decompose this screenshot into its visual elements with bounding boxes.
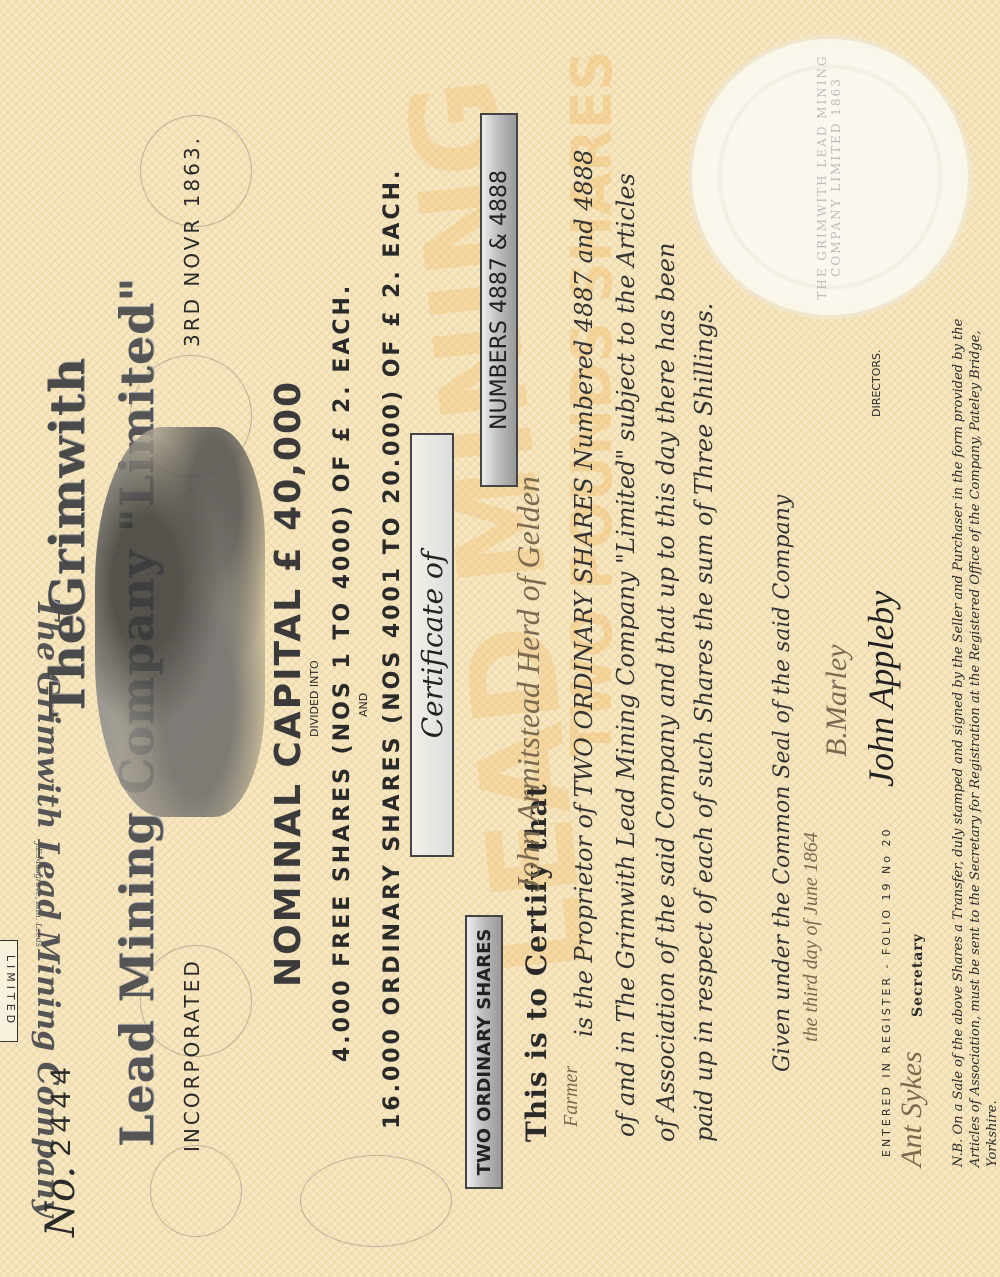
free-shares-line: 4.000 FREE SHARES (NOS 1 TO 4000) OF £ 2…: [330, 283, 355, 1062]
director-signature-1: B.Marley: [820, 645, 854, 757]
ribbon-certificate-of: Certificate of: [410, 433, 454, 857]
title-company-name: Grimwith: [40, 357, 96, 617]
body-line-2: is the Proprietor of TWO ORDINARY SHARES…: [570, 150, 598, 1037]
secretary-label: Secretary: [910, 933, 926, 1017]
printer-credit: J.E.Musgrave, Lith. Leeds: [34, 843, 43, 947]
border-band: The Grimwith Lead Mining Company LIMITED: [0, 0, 30, 1277]
directors-label: DIRECTORS.: [870, 350, 883, 418]
incorporated-date: 3RD NOVR 1863.: [180, 135, 204, 347]
mine-engraving-image: [95, 427, 265, 817]
transfer-note: N.B. On a Sale of the above Shares a Tra…: [950, 287, 1000, 1167]
certificate-number-label: No.: [38, 1166, 84, 1237]
certificate-number: 2444: [46, 1061, 80, 1157]
title-the: The: [40, 613, 96, 717]
holder-name: John Armitstead Herd of Gelden: [510, 476, 547, 892]
and-label: AND: [357, 693, 370, 717]
ribbon-share-numbers: NUMBERS 4887 & 4888: [480, 113, 518, 487]
register-entry: ENTERED IN REGISTER - FOLIO 19 No 20: [880, 827, 893, 1157]
director-signature-2: John Appleby: [860, 591, 902, 787]
incorporated-label: INCORPORATED: [180, 958, 204, 1152]
body-line-5: paid up in respect of each of such Share…: [690, 303, 718, 1142]
nominal-capital: NOMINAL CAPITAL £ 40,000: [268, 380, 309, 987]
seal-text: THE GRIMWITH LEAD MINING COMPANY LIMITED…: [815, 47, 843, 307]
border-limited: LIMITED: [0, 940, 18, 1042]
given-under-seal: Given under the Common Seal of the said …: [770, 495, 795, 1072]
holder-occupation: Farmer: [560, 1066, 583, 1127]
body-line-4: of Association of the said Company and t…: [652, 243, 680, 1142]
embossed-seal: THE GRIMWITH LEAD MINING COMPANY LIMITED…: [700, 47, 960, 307]
ribbon-share-count: TWO ORDINARY SHARES: [465, 915, 503, 1189]
ordinary-shares-line: 16.000 ORDINARY SHARES (NOS 4001 TO 20.0…: [380, 168, 405, 1129]
secretary-signature: Ant Sykes: [895, 1051, 929, 1167]
divided-into-label: DIVIDED INTO: [308, 660, 321, 737]
share-certificate: LEAD MINING TWO POUNDS SHARES The Grimwi…: [0, 0, 1000, 1277]
flourish: [300, 1155, 452, 1247]
body-line-3: of and in The Grimwith Lead Mining Compa…: [612, 173, 640, 1137]
flourish: [150, 1145, 242, 1237]
given-date: the third day of June 1864: [800, 832, 823, 1042]
